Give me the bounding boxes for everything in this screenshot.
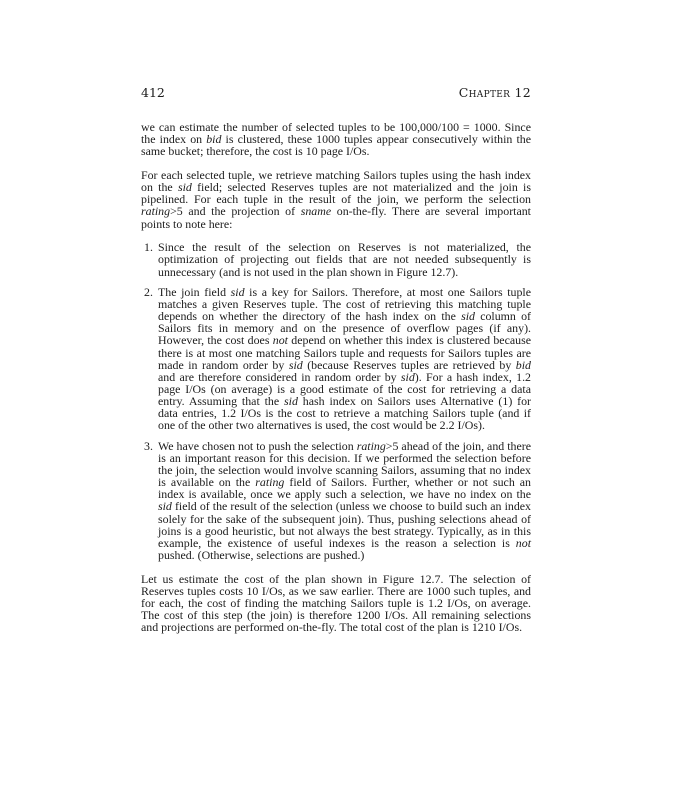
list-item: 2. The join field sid is a key for Sailo…	[141, 286, 531, 432]
list-item-text: We have chosen not to push the selection…	[158, 440, 531, 562]
paragraph-join-pipeline: For each selected tuple, we retrieve mat…	[141, 169, 531, 230]
list-number: 3.	[144, 440, 153, 452]
body-text: we can estimate the number of selected t…	[141, 121, 531, 645]
paragraph-selection-estimate: we can estimate the number of selected t…	[141, 121, 531, 157]
list-item-text: Since the result of the selection on Res…	[158, 241, 531, 277]
numbered-points-list: 1. Since the result of the selection on …	[141, 241, 531, 561]
list-item: 1. Since the result of the selection on …	[141, 241, 531, 277]
page-number: 412	[141, 85, 165, 100]
list-item: 3. We have chosen not to push the select…	[141, 440, 531, 562]
running-head: 412 Chapter 12	[141, 85, 531, 101]
list-number: 1.	[144, 241, 153, 253]
paragraph-plan-cost: Let us estimate the cost of the plan sho…	[141, 573, 531, 634]
list-item-text: The join field sid is a key for Sailors.…	[158, 286, 531, 432]
list-number: 2.	[144, 286, 153, 298]
chapter-label: Chapter 12	[459, 85, 531, 100]
